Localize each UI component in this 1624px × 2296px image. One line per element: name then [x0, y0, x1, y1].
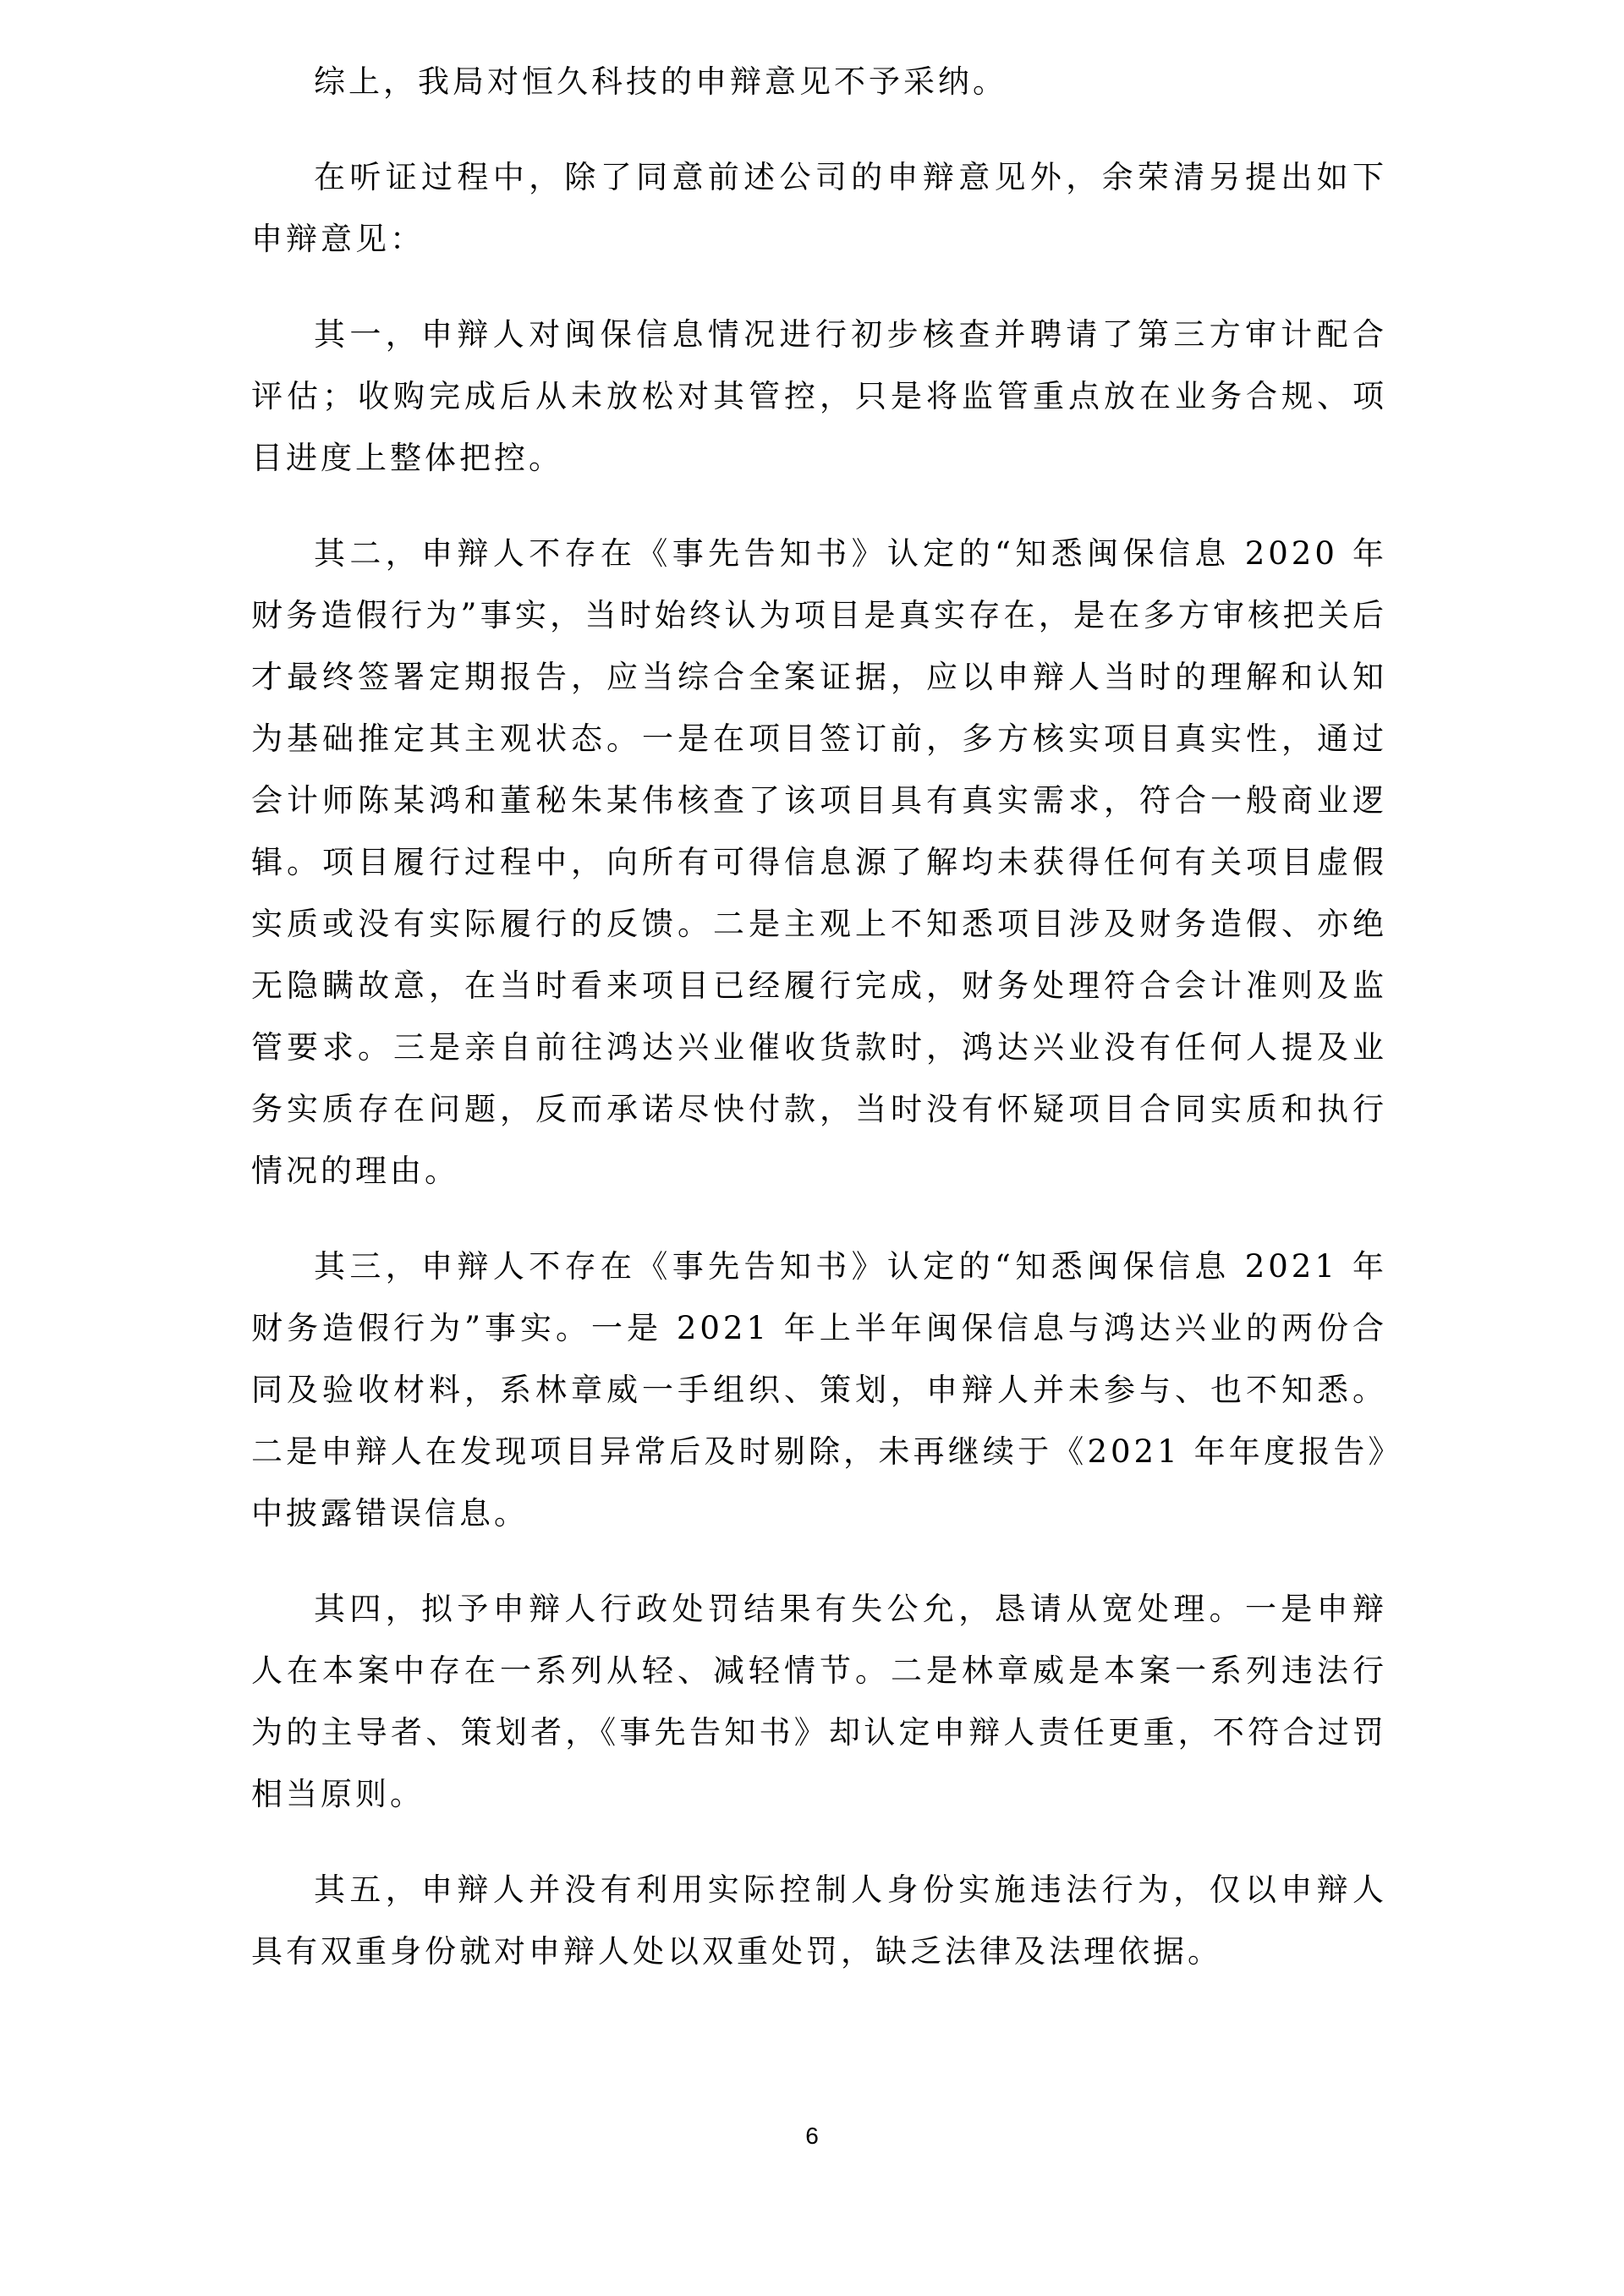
paragraph-argument-2: 其二，申辩人不存在《事先告知书》认定的“知悉闽保信息 2020 年财务造假行为”… [251, 523, 1387, 1202]
paragraph-argument-1: 其一，申辩人对闽保信息情况进行初步核查并聘请了第三方审计配合评估；收购完成后从未… [251, 304, 1387, 489]
paragraph-argument-4: 其四，拟予申辩人行政处罚结果有失公允，恳请从宽处理。一是申辩人在本案中存在一系列… [251, 1578, 1387, 1825]
document-page-body: 综上，我局对恒久科技的申辩意见不予采纳。 在听证过程中，除了同意前述公司的申辩意… [251, 51, 1387, 2016]
paragraph-hearing-intro: 在听证过程中，除了同意前述公司的申辩意见外，余荣清另提出如下申辩意见： [251, 146, 1387, 270]
paragraph-conclusion: 综上，我局对恒久科技的申辩意见不予采纳。 [251, 51, 1387, 112]
paragraph-argument-3: 其三，申辩人不存在《事先告知书》认定的“知悉闽保信息 2021 年财务造假行为”… [251, 1236, 1387, 1544]
paragraph-argument-5: 其五，申辩人并没有利用实际控制人身份实施违法行为，仅以申辩人具有双重身份就对申辩… [251, 1859, 1387, 1982]
page-number: 6 [0, 2123, 1624, 2150]
